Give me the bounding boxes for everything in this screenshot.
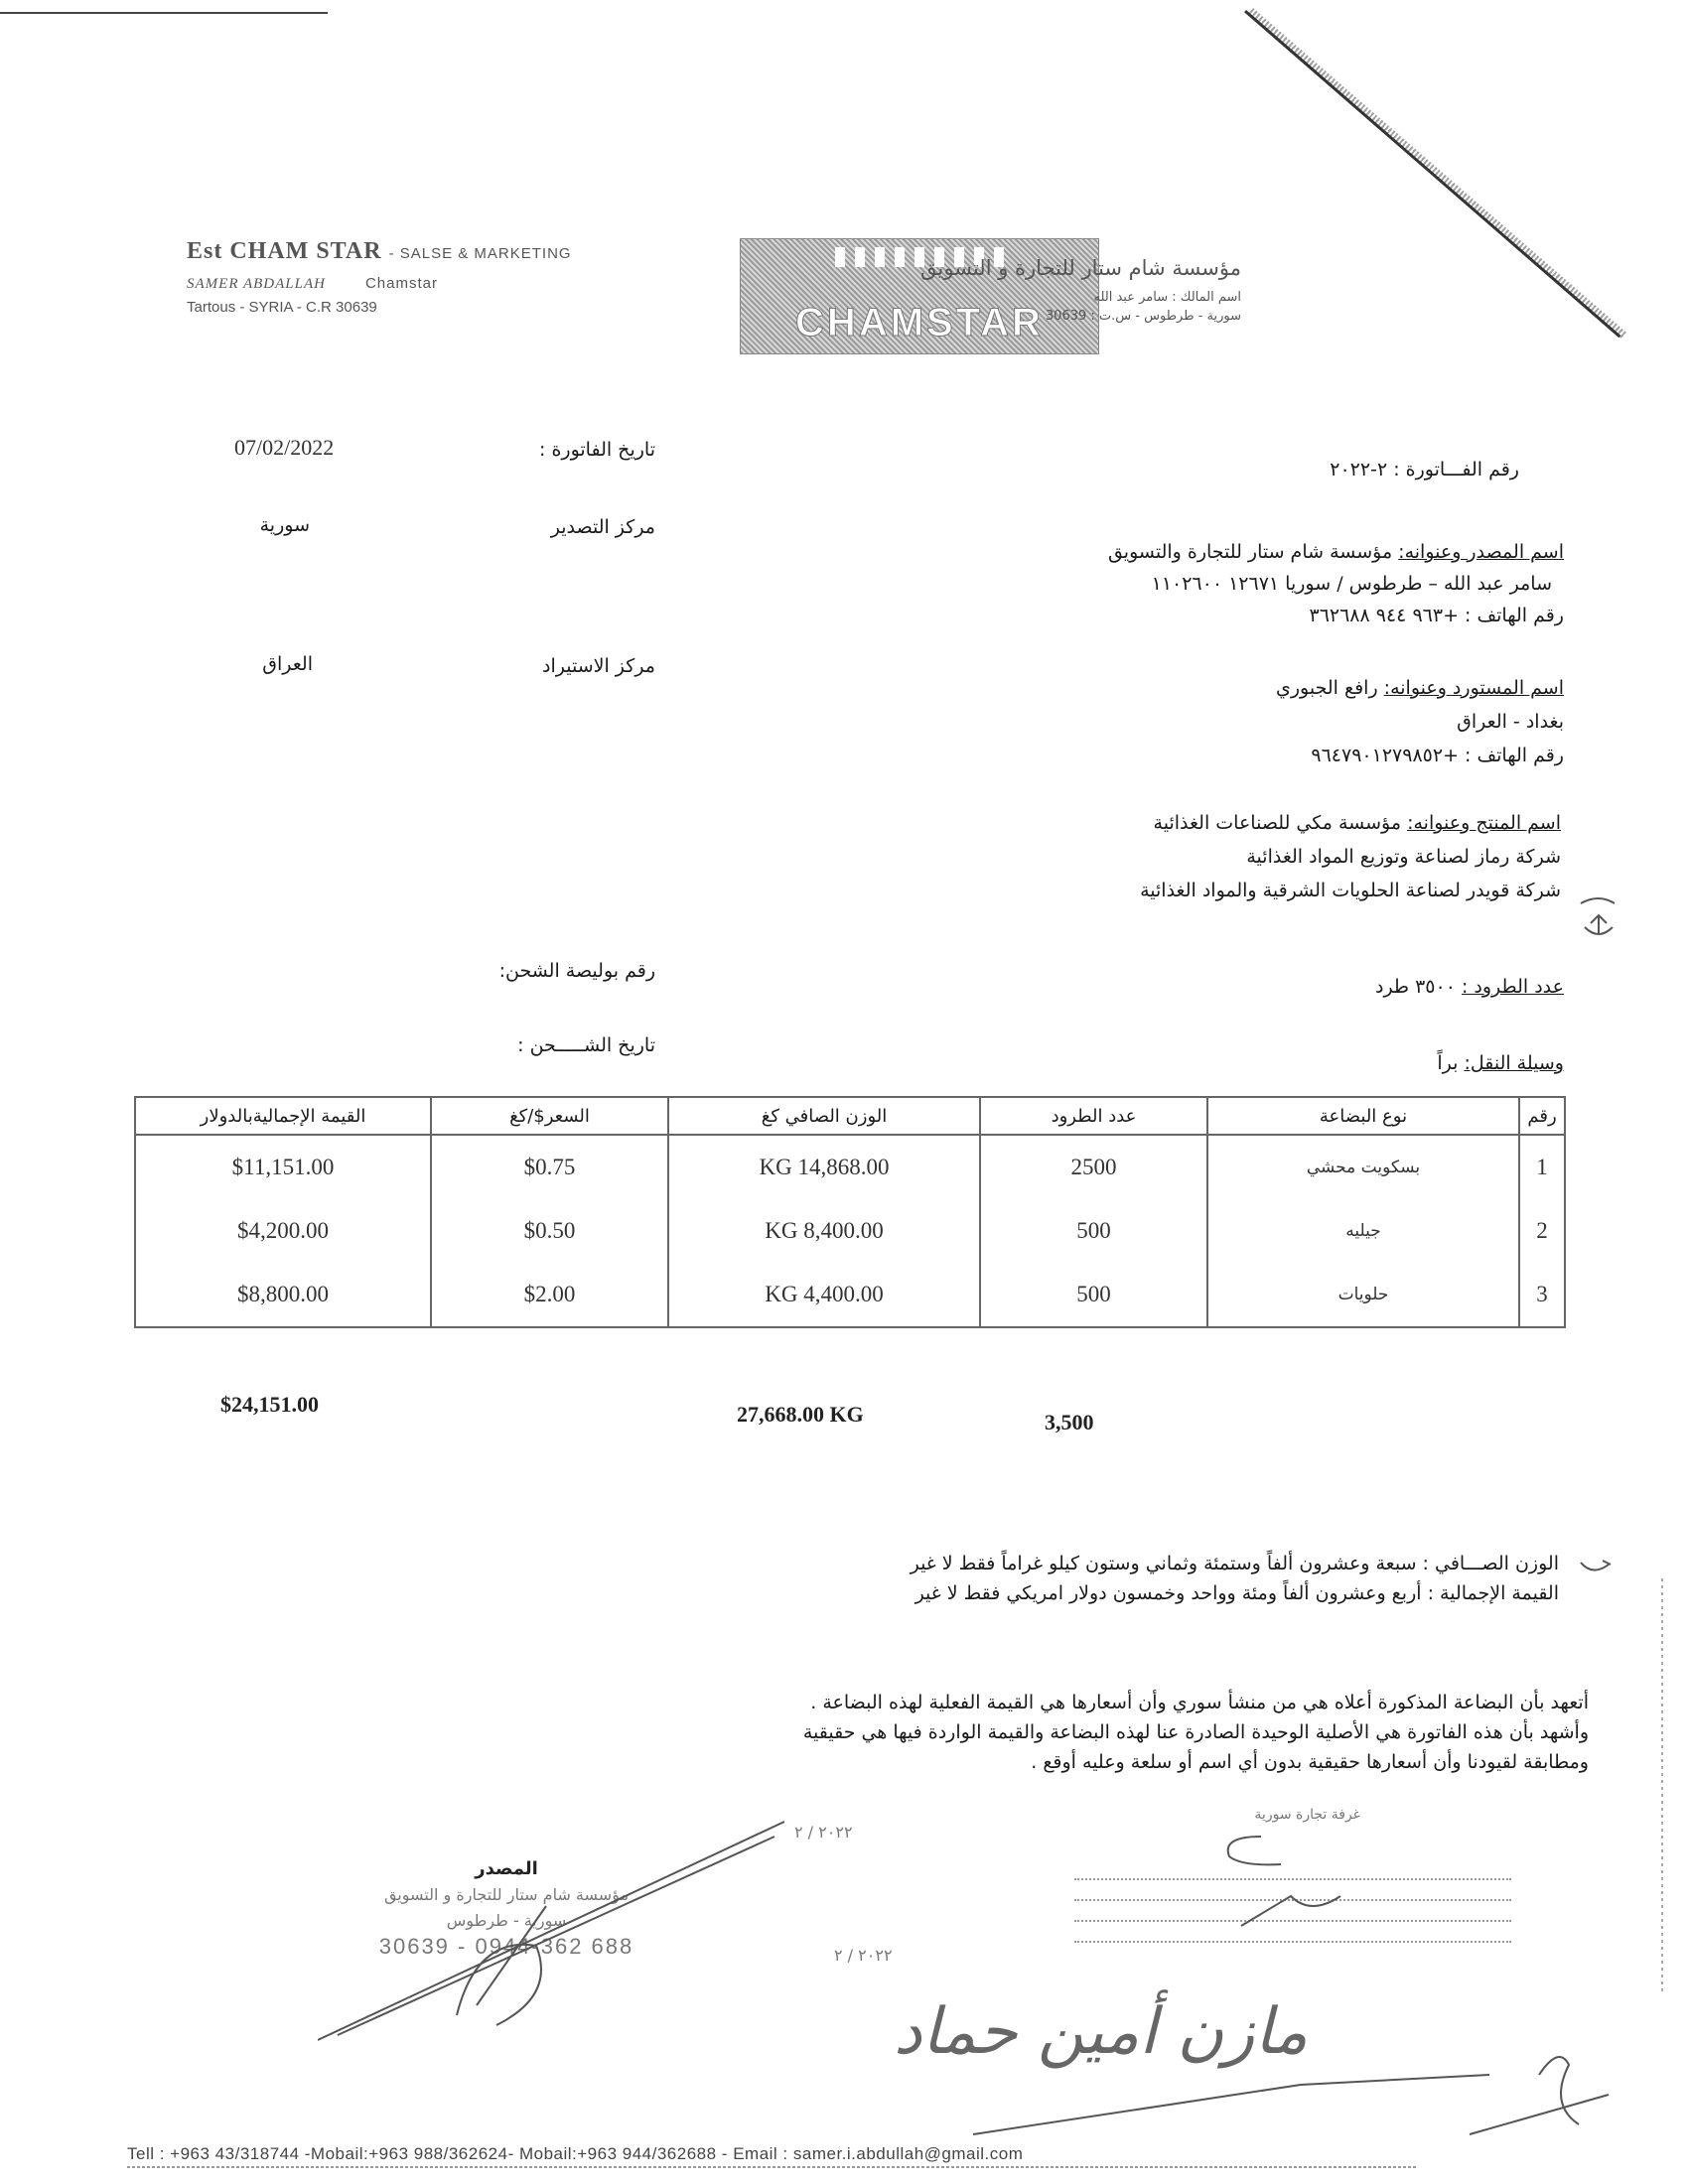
company-name-en: Est CHAM STAR (187, 238, 382, 264)
row-number: 3 (1519, 1263, 1565, 1327)
owner-name-en: SAMER ABDALLAH (187, 276, 326, 292)
exporter-address: سامر عبد الله – طرطوس / سوريا ١٢٦٧١ ١١٠٢… (1108, 568, 1552, 600)
chamber-date-1: ٢٠٢٢ / ٢ (794, 1823, 853, 1842)
company-name-ar: مؤسسة شام ستار للتجارة و التسويق (920, 256, 1241, 280)
net-weight-words-label: الوزن الصـــافي : (1423, 1553, 1559, 1574)
importer-name: رافع الجبوري (1276, 677, 1378, 699)
col-price-header: السعر$/كغ (431, 1097, 668, 1135)
row-number: 1 (1519, 1135, 1565, 1199)
row-number: 2 (1519, 1199, 1565, 1263)
row-weight: 8,400.00 KG (668, 1199, 980, 1263)
company-address-ar: سورية - طرطوس - س.ت : 30639 (920, 309, 1241, 324)
row-total: $4,200.00 (135, 1199, 431, 1263)
table-row: 2 جيليه 500 8,400.00 KG $0.50 $4,200.00 (135, 1199, 1565, 1263)
row-type: بسكويت محشي (1207, 1135, 1519, 1199)
footer-rule (127, 2166, 1418, 2168)
transport-value: براً (1437, 1052, 1458, 1074)
grand-total-value: $24,151.00 (220, 1392, 319, 1418)
invoice-number-label: رقم الفـــاتورة : (1393, 459, 1519, 480)
stamp-mark-icon (1579, 893, 1618, 943)
scan-artifact-diagonal-line (1244, 10, 1620, 338)
importer-phone-label: رقم الهاتف : (1465, 745, 1564, 766)
chamber-signature-icon (1182, 1817, 1380, 1946)
declaration-line-1: أتعهد بأن البضاعة المذكورة أعلاه هي من م… (803, 1688, 1589, 1717)
letterhead-arabic: مؤسسة شام ستار للتجارة و التسويق اسم الم… (920, 256, 1241, 324)
row-total: $11,151.00 (135, 1135, 431, 1199)
row-packages: 500 (980, 1199, 1207, 1263)
importer-label: اسم المستورد وعنوانه: (1384, 677, 1564, 699)
row-price: $0.75 (431, 1135, 668, 1199)
chamber-date-2: ٢٠٢٢ / ٢ (834, 1946, 893, 1965)
exporter-block: اسم المصدر وعنوانه: مؤسسة شام ستار للتجا… (1108, 536, 1564, 631)
row-type: حلويات (1207, 1263, 1519, 1327)
export-center-label: مركز التصدير (551, 516, 655, 538)
amounts-in-words: الوزن الصـــافي : سبعة وعشرون ألفاً وستم… (911, 1549, 1559, 1608)
declaration-line-3: ومطابقة لقيودنا وأن أسعارها حقيقية بدون … (803, 1747, 1589, 1777)
row-type: جيليه (1207, 1199, 1519, 1263)
col-total-header: القيمة الإجماليةبالدولار (135, 1097, 431, 1135)
bill-of-lading-label: رقم بوليصة الشحن: (499, 960, 655, 982)
exporter-phone-label: رقم الهاتف : (1465, 605, 1564, 626)
footer-contact: Tell : +963 43/318744 -Mobail:+963 988/3… (127, 2144, 1023, 2164)
total-value-words-label: القيمة الإجمالية : (1428, 1582, 1559, 1604)
producer-block: اسم المنتج وعنوانه: مؤسسة مكي للصناعات ا… (1140, 806, 1561, 907)
net-weight-words: سبعة وعشرون ألفاً وستمئة وثماني وستون كي… (911, 1553, 1417, 1574)
importer-address: بغداد - العراق (1276, 705, 1564, 739)
exporter-phone: +٩٦٣ ٩٤٤ ٣٦٢٦٨٨ (1309, 605, 1459, 626)
total-packages-value: 3,500 (1045, 1410, 1094, 1435)
producer-label: اسم المنتج وعنوانه: (1407, 812, 1561, 834)
producer-line-2: شركة رماز لصناعة وتوزيع المواد الغذائية (1140, 840, 1561, 874)
row-packages: 2500 (980, 1135, 1207, 1199)
packages-label: عدد الطرود : (1462, 976, 1564, 998)
scan-artifact-line (0, 12, 328, 14)
invoice-date-value: 07/02/2022 (234, 435, 334, 461)
exporter-name: مؤسسة شام ستار للتجارة والتسويق (1108, 541, 1392, 563)
producer-line-3: شركة قويدر لصناعة الحلويات الشرقية والمو… (1140, 874, 1561, 907)
col-number-header: رقم (1519, 1097, 1565, 1135)
signature-icon (973, 2045, 1618, 2144)
row-weight: 4,400.00 KG (668, 1263, 980, 1327)
table-row: 1 بسكويت محشي 2500 14,868.00 KG $0.75 $1… (135, 1135, 1565, 1199)
company-address-en: Tartous - SYRIA - C.R 30639 (187, 299, 572, 316)
scan-artifact-diagonal (1248, 8, 1628, 340)
company-tagline: - SALSE & MARKETING (389, 245, 572, 262)
col-weight-header: الوزن الصافي كغ (668, 1097, 980, 1135)
scan-artifact-dashed-line (1661, 1578, 1663, 1995)
declaration: أتعهد بأن البضاعة المذكورة أعلاه هي من م… (803, 1688, 1589, 1777)
importer-block: اسم المستورد وعنوانه: رافع الجبوري بغداد… (1276, 671, 1564, 772)
transport-label: وسيلة النقل: (1464, 1052, 1564, 1074)
producer-line-1: مؤسسة مكي للصناعات الغذائية (1154, 812, 1401, 834)
col-type-header: نوع البضاعة (1207, 1097, 1519, 1135)
owner-name-ar: اسم المالك : سامر عبد الله (920, 290, 1241, 305)
letterhead-english: Est CHAM STAR - SALSE & MARKETING SAMER … (187, 238, 572, 316)
declaration-line-2: وأشهد بأن هذه الفاتورة هي الأصلية الوحيد… (803, 1717, 1589, 1747)
import-center-value: العراق (262, 653, 313, 675)
items-table: رقم نوع البضاعة عدد الطرود الوزن الصافي … (134, 1096, 1566, 1328)
invoice-number-value: ٢-٢٠٢٢ (1330, 459, 1387, 480)
packages-value: ٣٥٠٠ طرد (1375, 976, 1456, 998)
packages-field: عدد الطرود : ٣٥٠٠ طرد (1375, 976, 1564, 998)
table-row: 3 حلويات 500 4,400.00 KG $2.00 $8,800.00 (135, 1263, 1565, 1327)
row-price: $0.50 (431, 1199, 668, 1263)
shipping-date-label: تاريخ الشـــــحن : (517, 1034, 655, 1056)
total-value-words: أربع وعشرون ألفاً ومئة وواحد وخمسون دولا… (915, 1582, 1422, 1604)
export-center-value: سورية (260, 514, 310, 536)
check-mark-icon (1579, 1557, 1615, 1580)
row-packages: 500 (980, 1263, 1207, 1327)
invoice-date-label: تاريخ الفاتورة : (539, 439, 655, 461)
row-price: $2.00 (431, 1263, 668, 1327)
exporter-signature-icon (318, 1817, 794, 2045)
exporter-label: اسم المصدر وعنوانه: (1398, 541, 1564, 563)
invoice-number: رقم الفـــاتورة : ٢-٢٠٢٢ (1330, 459, 1519, 480)
col-packages-header: عدد الطرود (980, 1097, 1207, 1135)
table-header-row: رقم نوع البضاعة عدد الطرود الوزن الصافي … (135, 1097, 1565, 1135)
transport-field: وسيلة النقل: براً (1437, 1052, 1564, 1074)
row-weight: 14,868.00 KG (668, 1135, 980, 1199)
import-center-label: مركز الاستيراد (542, 655, 655, 677)
importer-phone: +٩٦٤٧٩٠١٢٧٩٨٥٢ (1311, 745, 1459, 766)
row-total: $8,800.00 (135, 1263, 431, 1327)
brand-name: Chamstar (365, 275, 438, 292)
total-weight-value: 27,668.00 KG (737, 1402, 864, 1428)
